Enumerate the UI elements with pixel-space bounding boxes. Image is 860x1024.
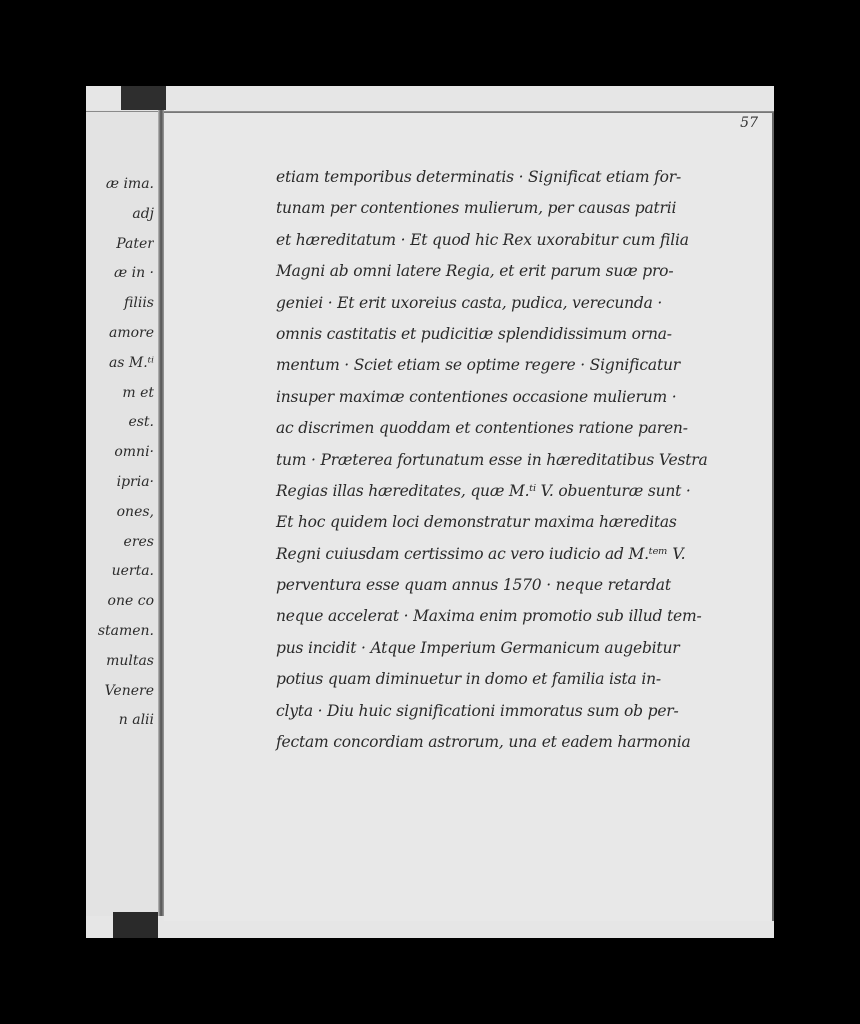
binding-clip-bottom — [113, 912, 158, 938]
manuscript-line: etiam temporibus determinatis · Signific… — [276, 162, 786, 193]
fragment-line: uerta. — [86, 557, 154, 587]
fragment-line: amore — [86, 319, 154, 349]
fragment-line: æ ima. — [86, 170, 154, 200]
fragment-line: n alii — [86, 706, 154, 736]
manuscript-line: ac discrimen quoddam et contentiones rat… — [276, 413, 786, 444]
folio-number: 57 — [740, 115, 758, 131]
fragment-line: stamen. — [86, 617, 154, 647]
manuscript-line: et hæreditatum · Et quod hic Rex uxorabi… — [276, 225, 786, 256]
fragment-line: as M.ᵗⁱ — [86, 349, 154, 379]
fragment-line: eres — [86, 528, 154, 558]
manuscript-line: omnis castitatis et pudicitiæ splendidis… — [276, 319, 786, 350]
fragment-line: ones, — [86, 498, 154, 528]
fragment-line: one co — [86, 587, 154, 617]
fragment-line: ipria· — [86, 468, 154, 498]
binding-clip-top — [121, 86, 166, 110]
manuscript-line: tum · Præterea fortunatum esse in hæredi… — [276, 445, 786, 476]
manuscript-line: neque accelerat · Maxima enim promotio s… — [276, 601, 786, 632]
manuscript-line: pus incidit · Atque Imperium Germanicum … — [276, 633, 786, 664]
manuscript-line: perventura esse quam annus 1570 · neque … — [276, 570, 786, 601]
fragment-line: omni· — [86, 438, 154, 468]
fragment-line: est. — [86, 408, 154, 438]
fragment-line: Venere — [86, 677, 154, 707]
fragment-line: Pater — [86, 230, 154, 260]
fragment-line: filiis — [86, 289, 154, 319]
manuscript-line: insuper maximæ contentiones occasione mu… — [276, 382, 786, 413]
fragment-line: æ in · — [86, 259, 154, 289]
manuscript-line: Et hoc quidem loci demonstratur maxima h… — [276, 507, 786, 538]
left-page-text-fragments: æ ima. adj Pater æ in · filiis amore as … — [86, 170, 154, 736]
manuscript-line: mentum · Sciet etiam se optime regere · … — [276, 350, 786, 381]
manuscript-line: geniei · Et erit uxoreius casta, pudica,… — [276, 288, 786, 319]
manuscript-line: fectam concordiam astrorum, una et eadem… — [276, 727, 786, 758]
manuscript-line: Regni cuiusdam certissimo ac vero iudici… — [276, 539, 786, 570]
fragment-line: adj — [86, 200, 154, 230]
manuscript-line: potius quam diminuetur in domo et famili… — [276, 664, 786, 695]
manuscript-line: Magni ab omni latere Regia, et erit paru… — [276, 256, 786, 287]
manuscript-line: clyta · Diu huic significationi immoratu… — [276, 696, 786, 727]
fragment-line: multas — [86, 647, 154, 677]
manuscript-line: Regias illas hæreditates, quæ M.ᵗⁱ V. ob… — [276, 476, 786, 507]
fragment-line: m et — [86, 379, 154, 409]
manuscript-line: tunam per contentiones mulierum, per cau… — [276, 193, 786, 224]
